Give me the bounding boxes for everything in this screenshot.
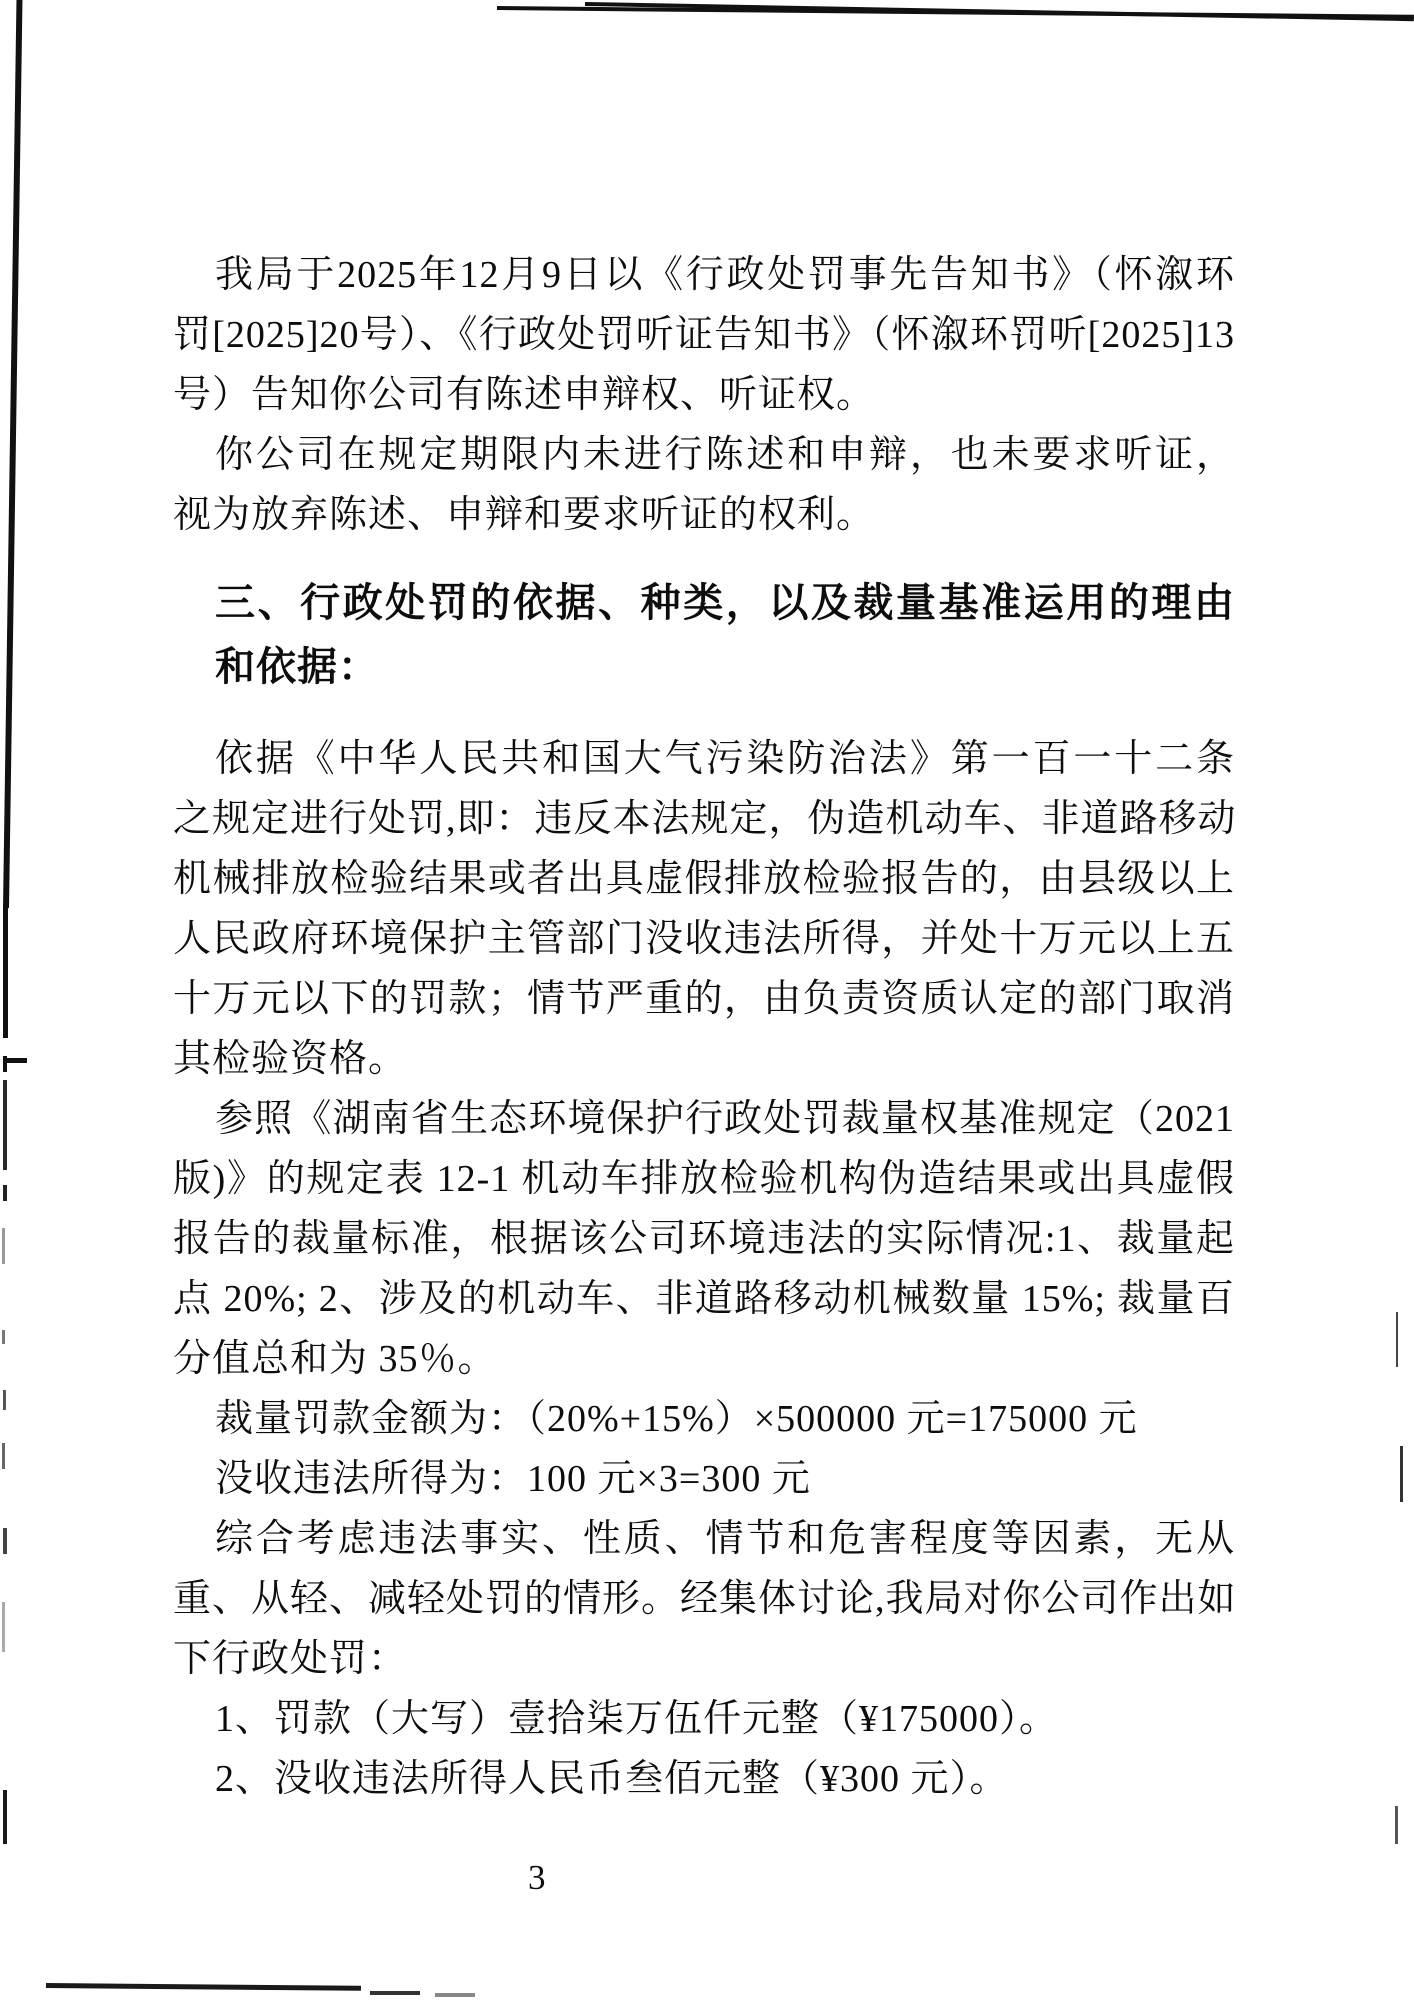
body-line: 之规定进行处罚,即：违反本法规定，伪造机动车、非道路移动 [173,789,1235,849]
body-line: 重、从轻、减轻处罚的情形。经集体讨论,我局对你公司作出如 [173,1569,1235,1629]
scan-artifact-left-dash [3,1185,7,1201]
scan-artifact-left-dash [2,1330,5,1344]
legal-basis-paragraph: 依据《中华人民共和国大气污染防治法》第一百一十二条 之规定进行处罚,即：违反本法… [173,729,1235,1089]
body-line: 下行政处罚： [173,1629,1235,1689]
body-line: 十万元以下的罚款；情节严重的，由负责资质认定的部门取消 [173,969,1235,1029]
body-line: 机械排放检验结果或者出具虚假排放检验报告的，由县级以上 [173,849,1235,909]
body-line: 分值总和为 35％。 [173,1329,1235,1389]
penalty-item-1: 1、罚款（大写）壹拾柒万伍仟元整（¥175000）。 [173,1689,1235,1749]
fine-calculation-line: 裁量罚款金额为：（20%+15%）×500000 元=175000 元 [173,1389,1235,1449]
scanned-document-page: 我局于2025年12月9日以《行政处罚事先告知书》（怀溆环 罚[2025]20号… [0,0,1414,2000]
scan-artifact-bottom-line [46,1983,361,1991]
body-line: 我局于2025年12月9日以《行政处罚事先告知书》（怀溆环 [173,245,1235,305]
body-line: 综合考虑违法事实、性质、情节和危害程度等因素，无从 [173,1509,1235,1569]
body-line: 其检验资格。 [173,1029,1235,1089]
confiscation-calculation-line: 没收违法所得为：100 元×3=300 元 [173,1449,1235,1509]
body-line: 号）告知你公司有陈述申辩权、听证权。 [173,365,1235,425]
body-line: 依据《中华人民共和国大气污染防治法》第一百一十二条 [173,729,1235,789]
waiver-paragraph: 你公司在规定期限内未进行陈述和申辩，也未要求听证， 视为放弃陈述、申辩和要求听证… [173,425,1235,545]
scan-artifact-right-dash [1400,1446,1403,1502]
section-heading-line: 和依据： [173,635,1235,699]
body-line: 点 20%; 2、涉及的机动车、非道路移动机械数量 15%; 裁量百 [173,1269,1235,1329]
body-line: 人民政府环境保护主管部门没收违法所得，并处十万元以上五 [173,909,1235,969]
decision-paragraph: 综合考虑违法事实、性质、情节和危害程度等因素，无从 重、从轻、减轻处罚的情形。经… [173,1509,1235,1689]
body-line: 参照《湖南省生态环境保护行政处罚裁量权基准规定（2021 [173,1089,1235,1149]
penalty-items-list: 1、罚款（大写）壹拾柒万伍仟元整（¥175000）。 2、没收违法所得人民币叁佰… [173,1689,1235,1809]
scan-artifact-left-dash [3,1790,7,1844]
section-heading: 三、行政处罚的依据、种类，以及裁量基准运用的理由 和依据： [173,571,1235,699]
scan-artifact-left-dash [2,1602,5,1652]
body-line: 报告的裁量标准，根据该公司环境违法的实际情况:1、裁量起 [173,1209,1235,1269]
scan-artifact-left-dash [2,1443,5,1469]
body-line: 版)》的规定表 12-1 机动车排放检验机构伪造结果或出具虚假 [173,1149,1235,1209]
scan-artifact-left-dash [2,1228,5,1264]
notice-paragraph: 我局于2025年12月9日以《行政处罚事先告知书》（怀溆环 罚[2025]20号… [173,245,1235,425]
scan-artifact-bottom-dash [370,1991,420,1995]
page-number: 3 [528,1858,546,1898]
scan-artifact-left-hook-arm [3,1058,27,1063]
body-line: 罚[2025]20号）、《行政处罚听证告知书》（怀溆环罚听[2025]13 [173,305,1235,365]
scan-artifact-left-dash [3,1528,7,1554]
scan-artifact-left-dash [3,908,8,1038]
scan-artifact-left-dash [3,1080,7,1170]
scan-artifact-left-border [3,0,23,908]
scan-artifact-right-dash [1395,1806,1398,1844]
scan-artifact-bottom-dash [435,1993,475,1997]
scan-artifact-right-dash [1396,1312,1398,1367]
penalty-item-2: 2、没收违法所得人民币叁佰元整（¥300 元）。 [173,1749,1235,1809]
document-text-block: 我局于2025年12月9日以《行政处罚事先告知书》（怀溆环 罚[2025]20号… [173,245,1235,1809]
body-line: 你公司在规定期限内未进行陈述和申辩，也未要求听证， [173,425,1235,485]
body-line: 视为放弃陈述、申辩和要求听证的权利。 [173,485,1235,545]
discretion-standard-paragraph: 参照《湖南省生态环境保护行政处罚裁量权基准规定（2021 版)》的规定表 12-… [173,1089,1235,1389]
scan-artifact-left-dash [3,1390,6,1410]
section-heading-line: 三、行政处罚的依据、种类，以及裁量基准运用的理由 [173,571,1235,635]
